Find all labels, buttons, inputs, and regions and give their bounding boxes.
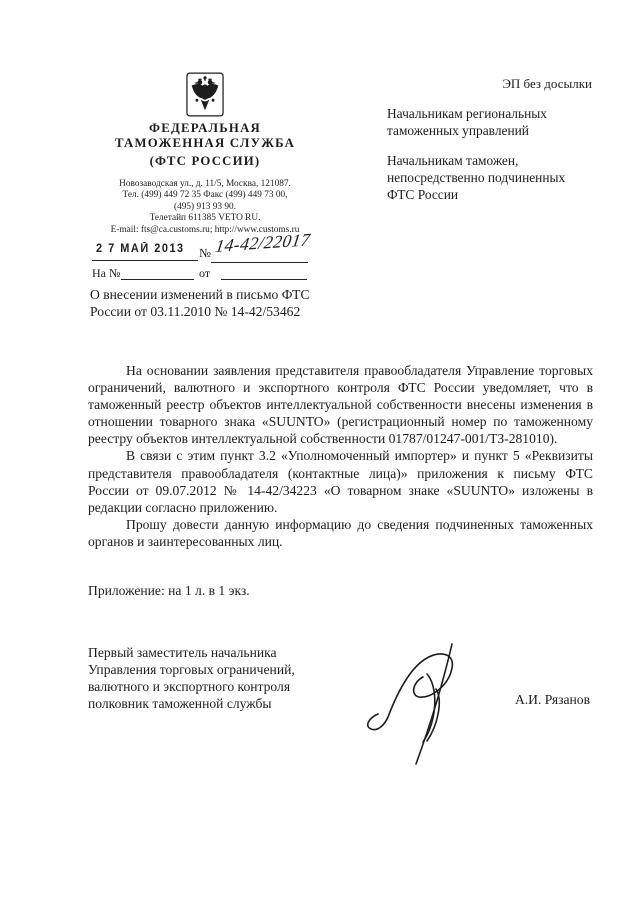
double-headed-eagle-emblem [186, 72, 224, 118]
reply-date-blank-line [221, 279, 307, 280]
letterhead-teletype: Телетайп 611385 VETO RU. [60, 213, 350, 224]
handwritten-signature-icon [364, 632, 496, 782]
date-underline [92, 260, 198, 261]
addressee-regional-directorates: Начальникам региональных таможенных упра… [387, 105, 547, 139]
signer-name: А.И. Рязанов [515, 692, 590, 708]
signature-stroke [364, 632, 496, 777]
addressee-customs-offices: Начальникам таможен, непосредственно под… [387, 152, 565, 203]
letterhead-address: Новозаводская ул., д. 11/5, Москва, 1210… [60, 179, 350, 190]
body-paragraph-2: В связи с этим пункт 3.2 «Уполномоченный… [88, 447, 593, 515]
org-short-name: (ФТС РОССИИ) [78, 154, 332, 169]
scanned-letter-page: ЭП без досылки Начальникам региональных … [0, 0, 640, 905]
org-name: ФЕДЕРАЛЬНАЯ ТАМОЖЕННАЯ СЛУЖБА [78, 121, 332, 151]
date-stamp: 2 7 МАЙ 2013 [96, 243, 185, 255]
coat-of-arms-icon [186, 72, 224, 118]
body-paragraph-3: Прошу довести данную информацию до сведе… [88, 516, 593, 550]
letterhead-contacts: Новозаводская ул., д. 11/5, Москва, 1210… [60, 179, 350, 236]
reply-from-label: от [199, 266, 210, 281]
number-sign: № [199, 246, 211, 261]
letter-body: На основании заявления представителя пра… [88, 362, 593, 550]
ep-routing-marker: ЭП без досылки [502, 76, 592, 92]
number-underline [211, 262, 308, 263]
signer-title: Первый заместитель начальника Управления… [88, 644, 295, 712]
reply-to-label: На № [92, 266, 120, 281]
reply-number-blank-line [121, 279, 194, 280]
letterhead-phone: Тел. (499) 449 72 35 Факс (499) 449 73 0… [60, 190, 350, 201]
body-paragraph-1: На основании заявления представителя пра… [88, 362, 593, 447]
attachment-line: Приложение: на 1 л. в 1 экз. [88, 583, 250, 599]
letterhead-phone2: (495) 913 93 90. [60, 202, 350, 213]
letter-subject: О внесении изменений в письмо ФТС России… [90, 286, 310, 320]
